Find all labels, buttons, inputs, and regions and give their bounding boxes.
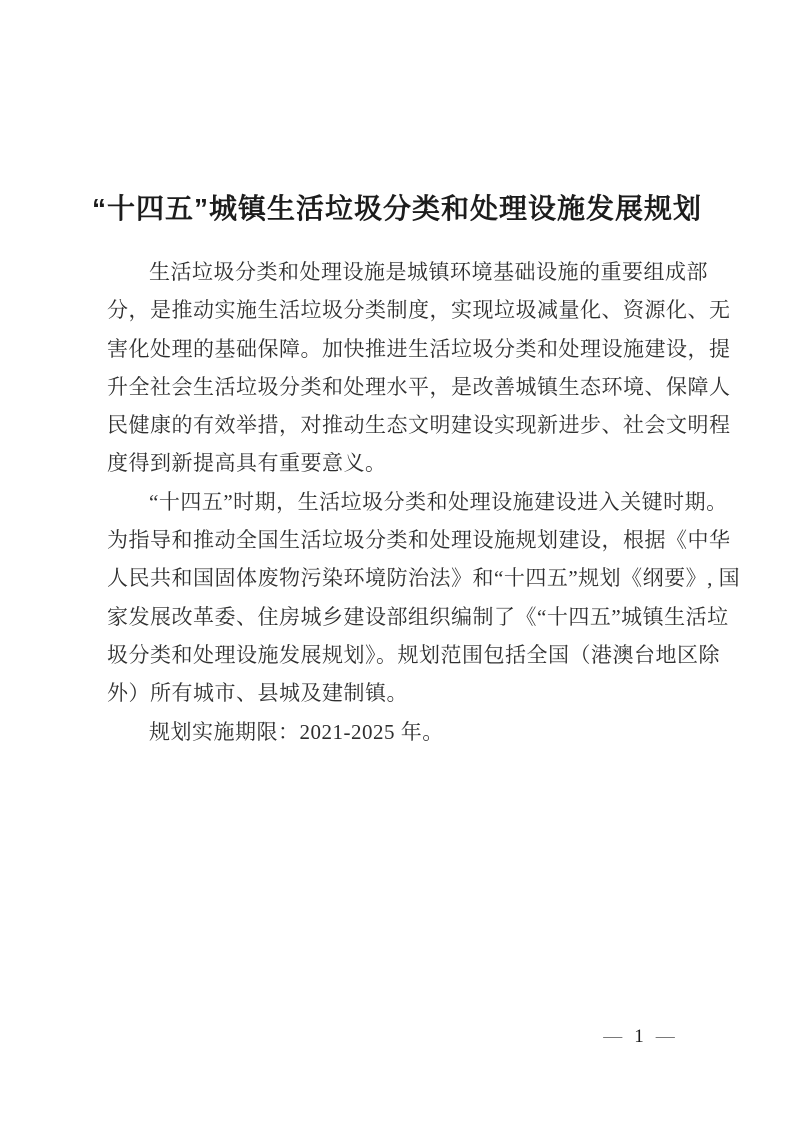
document-body: 生活垃圾分类和处理设施是城镇环境基础设施的重要组成部 分，是推动实施生活垃圾分类… [107,253,691,751]
text-line: 规划实施期限：2021-2025 年。 [107,713,691,751]
text-line: 圾分类和处理设施发展规划》。规划范围包括全国（港澳台地区除 [107,636,691,674]
text-line: 民健康的有效举措，对推动生态文明建设实现新进步、社会文明程 [107,406,691,444]
text-line: 害化处理的基础保障。加快推进生活垃圾分类和处理设施建设，提 [107,330,691,368]
page-number-value: 1 [624,1026,656,1047]
text-line: “十四五”时期，生活垃圾分类和处理设施建设进入关键时期。 [107,483,691,521]
page-number: —1— [560,1022,720,1052]
text-line: 生活垃圾分类和处理设施是城镇环境基础设施的重要组成部 [107,253,691,291]
text-line: 为指导和推动全国生活垃圾分类和处理设施规划建设，根据《中华 [107,521,691,559]
document-title: “十四五”城镇生活垃圾分类和处理设施发展规划 [0,189,794,229]
page-number-dash-left: — [603,1026,624,1047]
document-page: “十四五”城镇生活垃圾分类和处理设施发展规划 生活垃圾分类和处理设施是城镇环境基… [0,0,794,1123]
text-line: 分，是推动实施生活垃圾分类制度，实现垃圾减量化、资源化、无 [107,291,691,329]
text-line: 度得到新提高具有重要意义。 [107,444,691,482]
paragraph-2: “十四五”时期，生活垃圾分类和处理设施建设进入关键时期。 为指导和推动全国生活垃… [107,483,691,713]
page-number-dash-right: — [656,1026,677,1047]
text-line: 升全社会生活垃圾分类和处理水平，是改善城镇生态环境、保障人 [107,368,691,406]
text-line: 家发展改革委、住房城乡建设部组织编制了《“十四五”城镇生活垃 [107,598,691,636]
text-line: 外）所有城市、县城及建制镇。 [107,674,691,712]
paragraph-3: 规划实施期限：2021-2025 年。 [107,713,691,751]
paragraph-1: 生活垃圾分类和处理设施是城镇环境基础设施的重要组成部 分，是推动实施生活垃圾分类… [107,253,691,483]
text-line: 人民共和国固体废物污染环境防治法》和“十四五”规划《纲要》, 国 [107,559,691,597]
